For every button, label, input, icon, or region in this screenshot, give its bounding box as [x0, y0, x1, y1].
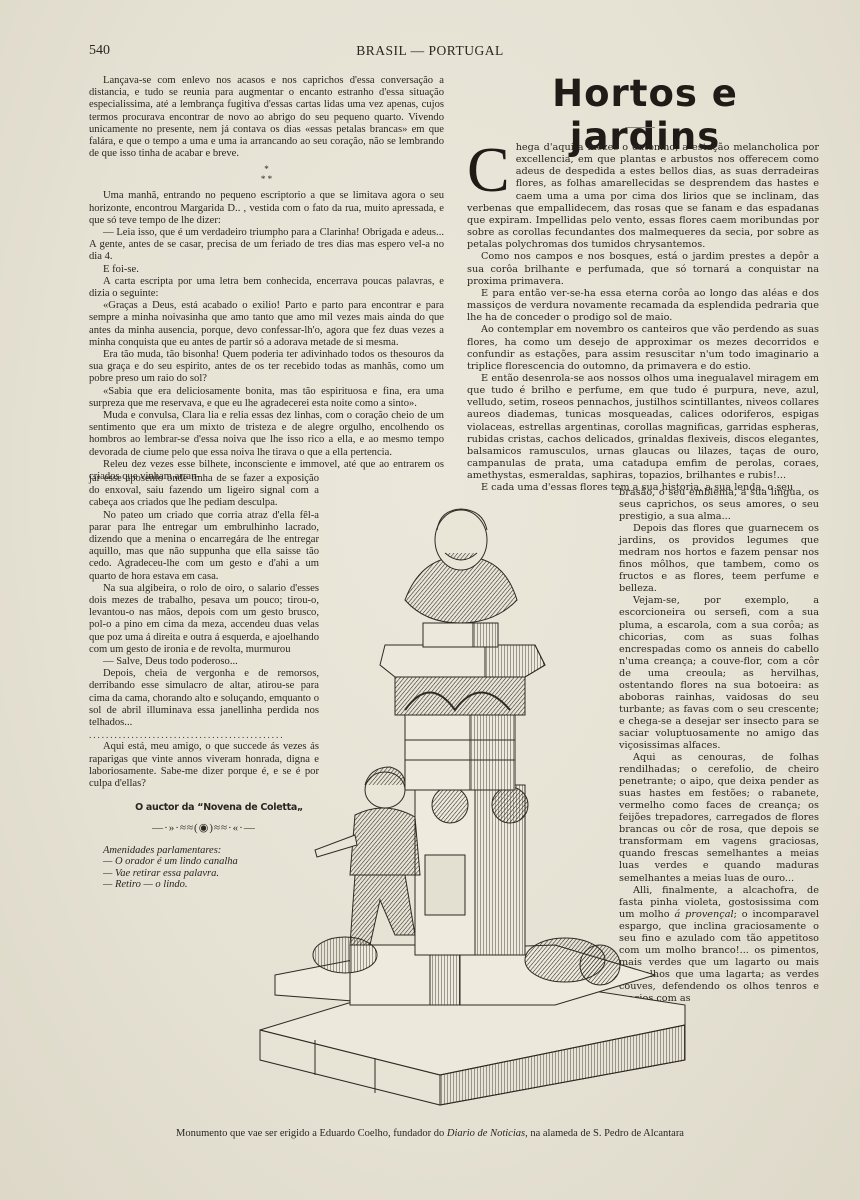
monument-engraving-icon: [255, 505, 705, 1120]
paragraph: Era tão muda, tão bisonha! Quem poderia …: [89, 349, 444, 386]
story-column-top: Lançava-se com enlevo nos acasos e nos c…: [89, 75, 444, 483]
article-column-top: Chega d'aqui a mezes o outomno, a estaçã…: [467, 142, 819, 495]
paragraph: E para então ver-se-ha essa eterna corôa…: [467, 288, 819, 324]
title-rule: [625, 127, 655, 128]
illustration-caption: Monumento que vae ser erigido a Eduardo …: [0, 1128, 860, 1139]
paragraph: «Sabia que era deliciosamente bonita, ma…: [89, 386, 444, 410]
section-separator: * * *: [89, 164, 444, 184]
paragraph: Muda e convulsa, Clara lia e relia essas…: [89, 410, 444, 459]
paragraph: E foi-se.: [89, 264, 444, 276]
paragraph: Ao contemplar em novembro os canteiros q…: [467, 324, 819, 373]
running-title: BRASIL — PORTUGAL: [0, 43, 860, 59]
monument-illustration: [255, 505, 705, 1120]
drop-cap: C: [467, 144, 510, 196]
paragraph: «Graças a Deus, está acabado o exilio! P…: [89, 300, 444, 349]
paragraph: Lançava-se com enlevo nos acasos e nos c…: [89, 75, 444, 160]
magazine-page: 540 BRASIL — PORTUGAL Lançava-se com enl…: [0, 0, 860, 1200]
paragraph: E então desenrola-se aos nossos olhos um…: [467, 373, 819, 482]
paragraph: — Leia isso, que é um verdadeiro triumph…: [89, 227, 444, 264]
paragraph: Chega d'aqui a mezes o outomno, a estaçã…: [467, 142, 819, 251]
paragraph: Uma manhã, entrando no pequeno escriptor…: [89, 190, 444, 227]
paragraph: A carta escripta por uma letra bem conhe…: [89, 276, 444, 300]
paragraph: Como nos campos e nos bosques, está o ja…: [467, 251, 819, 287]
